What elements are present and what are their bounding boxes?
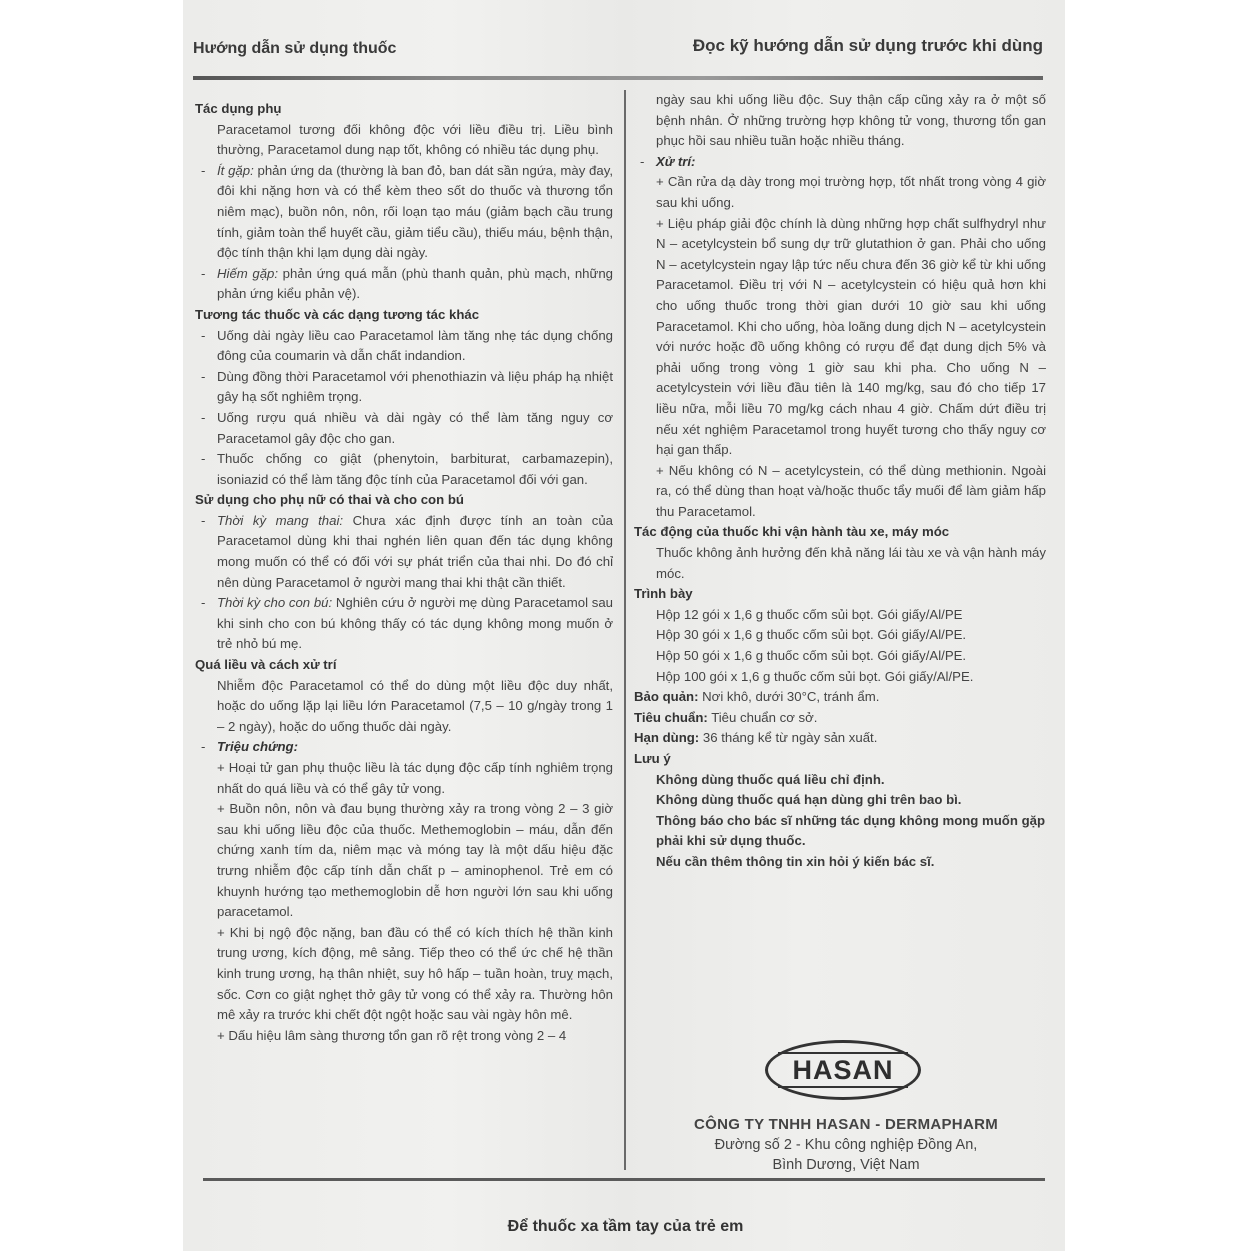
standard-label: Tiêu chuẩn:	[634, 710, 708, 725]
presentation-item: Hộp 30 gói x 1,6 g thuốc cốm sủi bọt. Gó…	[634, 625, 1046, 646]
right-column: ngày sau khi uống liều độc. Suy thận cấp…	[634, 90, 1046, 873]
standard-line: Tiêu chuẩn: Tiêu chuẩn cơ sở.	[634, 708, 1046, 729]
overdose-intro: Nhiễm độc Paracetamol có thể do dùng một…	[195, 676, 613, 738]
company-name: CÔNG TY TNHH HASAN - DERMAPHARM	[636, 1115, 1056, 1135]
expiry-line: Hạn dùng: 36 tháng kể từ ngày sản xuất.	[634, 728, 1046, 749]
lactation-label: Thời kỳ cho con bú:	[217, 595, 332, 610]
interaction-item: Thuốc chống co giật (phenytoin, barbitur…	[195, 449, 613, 490]
presentation-item: Hộp 50 gói x 1,6 g thuốc cốm sủi bọt. Gó…	[634, 646, 1046, 667]
pregnancy-heading: Sử dụng cho phụ nữ có thai và cho con bú	[195, 490, 613, 511]
symptom-item: + Khi bị ngộ độc nặng, ban đầu có thể có…	[195, 923, 613, 1026]
treatment-item: + Cần rửa dạ dày trong mọi trường hợp, t…	[634, 172, 1046, 213]
column-divider	[624, 90, 626, 1170]
rare-label: Ít gặp:	[217, 163, 254, 178]
header-left-title: Hướng dẫn sử dụng thuốc	[193, 40, 396, 58]
interactions-heading: Tương tác thuốc và các dạng tương tác kh…	[195, 305, 613, 326]
driving-heading: Tác động của thuốc khi vận hành tàu xe, …	[634, 522, 1046, 543]
side-effects-intro: Paracetamol tương đối không độc với liều…	[195, 120, 613, 161]
lactation-item: Thời kỳ cho con bú: Nghiên cứu ở người m…	[195, 593, 613, 655]
very-rare-label: Hiếm gặp:	[217, 266, 278, 281]
company-address-line2: Bình Dương, Việt Nam	[636, 1155, 1056, 1175]
company-info: CÔNG TY TNHH HASAN - DERMAPHARM Đường số…	[636, 1115, 1056, 1175]
side-effects-very-rare: Hiếm gặp: phản ứng quá mẫn (phù thanh qu…	[195, 264, 613, 305]
symptoms-label: Triệu chứng:	[217, 739, 298, 754]
note-item: Thông báo cho bác sĩ những tác dụng khôn…	[634, 811, 1046, 852]
storage-line: Bảo quản: Nơi khô, dưới 30°C, tránh ẩm.	[634, 687, 1046, 708]
interaction-item: Uống rượu quá nhiều và dài ngày có thể l…	[195, 408, 613, 449]
symptoms-label-item: Triệu chứng:	[195, 737, 613, 758]
side-effects-rare: Ít gặp: phản ứng da (thường là ban đỏ, b…	[195, 161, 613, 264]
storage-text: Nơi khô, dưới 30°C, tránh ẩm.	[698, 689, 879, 704]
presentation-item: Hộp 12 gói x 1,6 g thuốc cốm sủi bọt. Gó…	[634, 605, 1046, 626]
storage-label: Bảo quản:	[634, 689, 698, 704]
header-right-title: Đọc kỹ hướng dẫn sử dụng trước khi dùng	[693, 36, 1043, 56]
expiry-text: 36 tháng kể từ ngày sản xuất.	[699, 730, 877, 745]
note-item: Không dùng thuốc quá hạn dùng ghi trên b…	[634, 790, 1046, 811]
note-item: Không dùng thuốc quá liều chỉ định.	[634, 770, 1046, 791]
standard-text: Tiêu chuẩn cơ sở.	[708, 710, 818, 725]
driving-text: Thuốc không ảnh hưởng đến khả năng lái t…	[634, 543, 1046, 584]
rare-text: phản ứng da (thường là ban đỏ, ban dát s…	[217, 163, 613, 260]
footer-divider	[203, 1178, 1045, 1181]
symptoms-continued: ngày sau khi uống liều độc. Suy thận cấp…	[634, 90, 1046, 152]
treatment-item: + Liệu pháp giải độc chính là dùng những…	[634, 214, 1046, 461]
treatment-label: Xử trí:	[656, 154, 695, 169]
pregnancy-item: Thời kỳ mang thai: Chưa xác định được tí…	[195, 511, 613, 593]
pregnancy-label: Thời kỳ mang thai:	[217, 513, 343, 528]
logo-text: HASAN	[778, 1052, 908, 1088]
symptom-item: + Hoại tử gan phụ thuộc liều là tác dụng…	[195, 758, 613, 799]
presentation-heading: Trình bày	[634, 584, 1046, 605]
symptom-item: + Buồn nôn, nôn và đau bụng thường xảy r…	[195, 799, 613, 923]
interaction-item: Dùng đồng thời Paracetamol với phenothia…	[195, 367, 613, 408]
notes-heading: Lưu ý	[634, 749, 1046, 770]
overdose-heading: Quá liều và cách xử trí	[195, 655, 613, 676]
company-address-line1: Đường số 2 - Khu công nghiệp Đồng An,	[636, 1135, 1056, 1155]
note-item: Nếu cần thêm thông tin xin hỏi ý kiến bá…	[634, 852, 1046, 873]
expiry-label: Hạn dùng:	[634, 730, 699, 745]
interaction-item: Uống dài ngày liều cao Paracetamol làm t…	[195, 326, 613, 367]
left-column: Tác dụng phụ Paracetamol tương đối không…	[195, 99, 613, 1046]
presentation-item: Hộp 100 gói x 1,6 g thuốc cốm sủi bọt. G…	[634, 667, 1046, 688]
treatment-label-item: Xử trí:	[634, 152, 1046, 173]
footer-warning: Để thuốc xa tầm tay của trẻ em	[0, 1218, 1251, 1236]
side-effects-heading: Tác dụng phụ	[195, 99, 613, 120]
symptom-item: + Dấu hiệu lâm sàng thương tổn gan rõ rệ…	[195, 1026, 613, 1047]
header-divider	[193, 76, 1043, 80]
hasan-logo: HASAN	[765, 1040, 921, 1100]
treatment-item: + Nếu không có N – acetylcystein, có thể…	[634, 461, 1046, 523]
